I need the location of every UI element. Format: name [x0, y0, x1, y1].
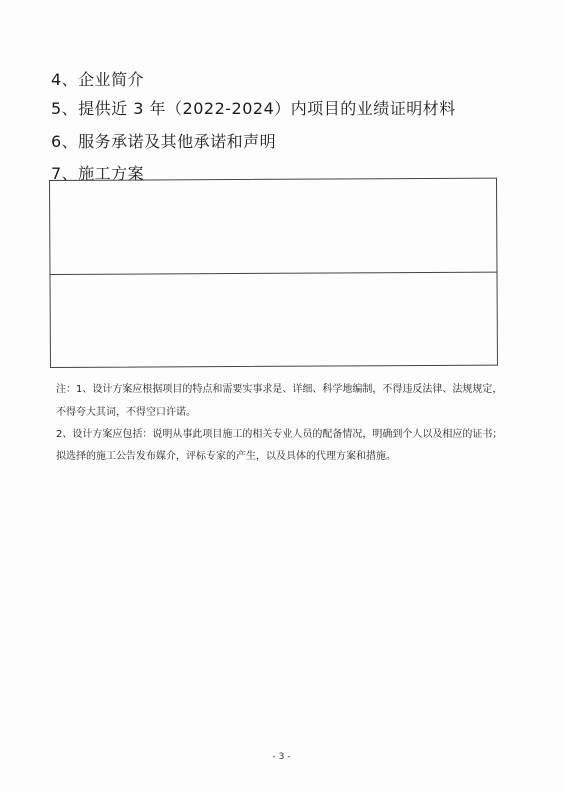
page-number: - 3 -: [0, 752, 563, 762]
heading-enterprise-profile: 4、企业简介: [51, 67, 144, 90]
table-row-2: [50, 273, 496, 367]
construction-plan-table: [49, 178, 498, 368]
table-row-1: [50, 179, 496, 274]
note-line-3: 2、设计方案应包括：说明从事此项目施工的相关专业人员的配备情况，明确到个人以及相…: [56, 425, 502, 440]
note-line-1: 注：1、设计方案应根据项目的特点和需要实事求是、详细、科学地编制，不得违反法律、…: [56, 380, 502, 395]
note-line-4: 拟选择的施工公告发布媒介，评标专家的产生，以及具体的代理方案和措施。: [56, 447, 396, 462]
note-line-2: 不得夸大其词，不得空口许诺。: [56, 403, 196, 418]
heading-service-commitment: 6、服务承诺及其他承诺和声明: [51, 129, 276, 152]
heading-performance-proof: 5、提供近 3 年（2022-2024）内项目的业绩证明材料: [51, 96, 456, 119]
